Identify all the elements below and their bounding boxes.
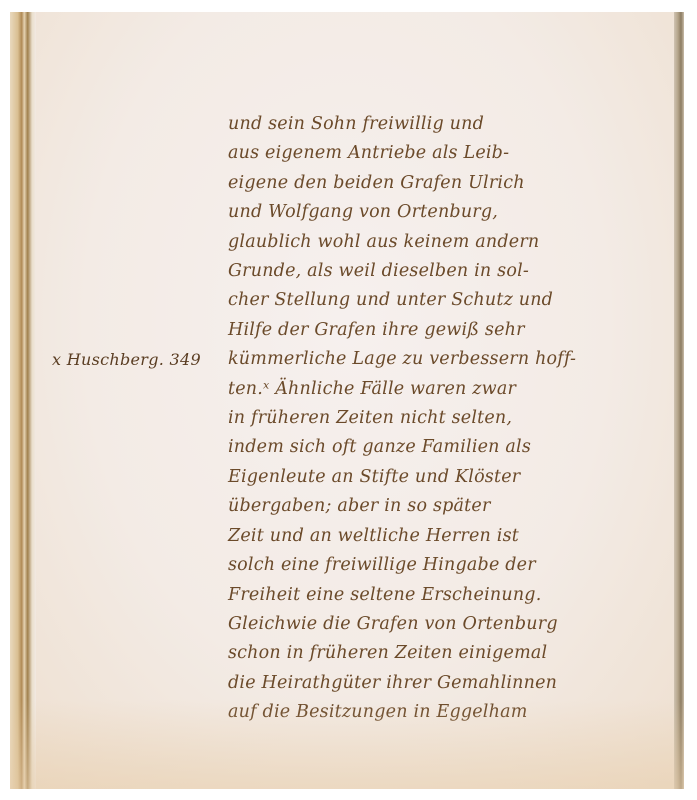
text-line: indem sich oft ganze Familien als	[228, 433, 674, 462]
text-line: und sein Sohn freiwillig und	[228, 110, 674, 139]
text-line: cher Stellung und unter Schutz und	[228, 286, 674, 315]
page-right-edge-binding	[674, 12, 684, 789]
text-line: aus eigenem Antriebe als Leib-	[228, 139, 674, 168]
page-left-edge-binding	[10, 12, 36, 789]
text-line: auf die Besitzungen in Eggelham	[228, 698, 674, 727]
text-line: übergaben; aber in so später	[228, 492, 674, 521]
text-line: eigene den beiden Grafen Ulrich	[228, 169, 674, 198]
text-line: glaublich wohl aus keinem andern	[228, 228, 674, 257]
margin-reference-note: x Huschberg. 349	[52, 350, 222, 369]
text-line: in früheren Zeiten nicht selten,	[228, 404, 674, 433]
text-line: solch eine freiwillige Hingabe der	[228, 551, 674, 580]
text-line: Gleichwie die Grafen von Ortenburg	[228, 610, 674, 639]
text-line: Eigenleute an Stifte und Klöster	[228, 463, 674, 492]
text-line: Grunde, als weil dieselben in sol-	[228, 257, 674, 286]
text-line: Zeit und an weltliche Herren ist	[228, 522, 674, 551]
text-line: schon in früheren Zeiten einigemal	[228, 639, 674, 668]
text-line: kümmerliche Lage zu verbessern hoff-	[228, 345, 674, 374]
manuscript-page: x Huschberg. 349 und sein Sohn freiwilli…	[10, 12, 684, 789]
text-line: Hilfe der Grafen ihre gewiß sehr	[228, 316, 674, 345]
handwritten-body-text: und sein Sohn freiwillig und aus eigenem…	[228, 110, 674, 728]
text-line: ten.ˣ Ähnliche Fälle waren zwar	[228, 375, 674, 404]
text-line: die Heirathgüter ihrer Gemahlinnen	[228, 669, 674, 698]
text-line: und Wolfgang von Ortenburg,	[228, 198, 674, 227]
text-line: Freiheit eine seltene Erscheinung.	[228, 581, 674, 610]
